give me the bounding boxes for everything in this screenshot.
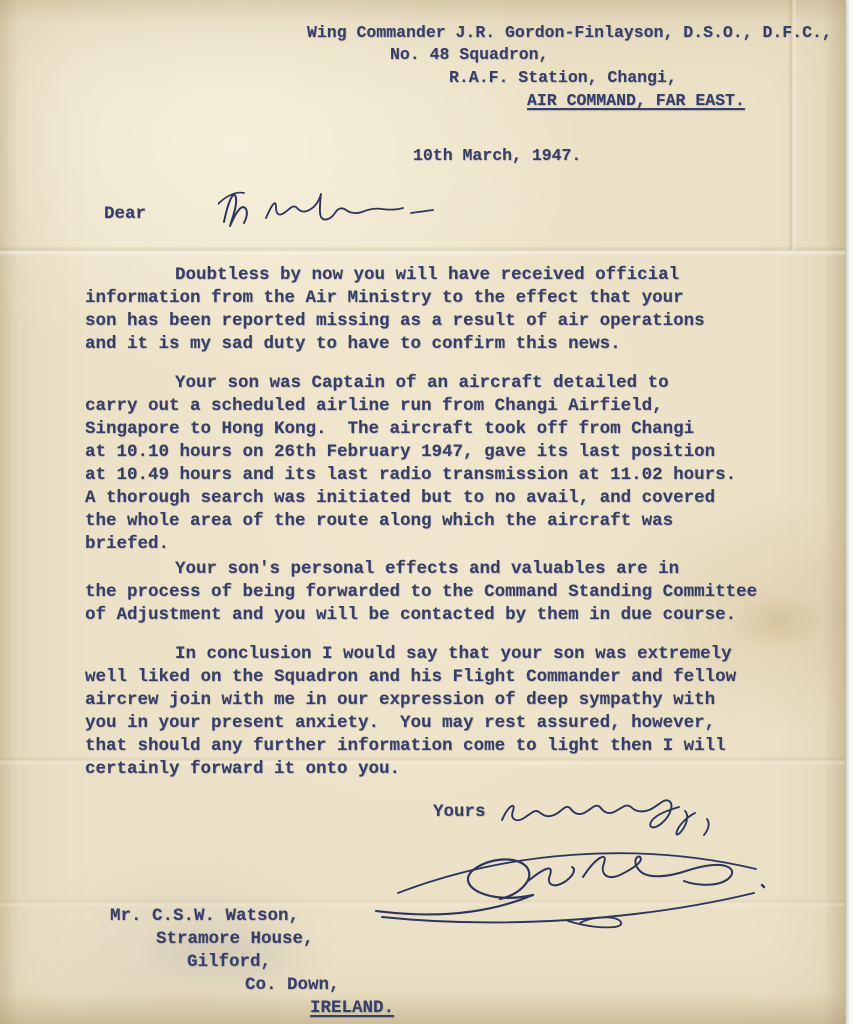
paragraph-2: Your son was Captain of an aircraft deta… — [85, 372, 736, 556]
text-line: well liked on the Squadron and his Fligh… — [85, 666, 736, 689]
sender-line-command: AIR COMMAND, FAR EAST. — [527, 90, 745, 112]
salutation-handwriting — [218, 176, 436, 240]
text-line: Your son was Captain of an aircraft deta… — [85, 372, 736, 395]
text-line: at 10.10 hours on 26th February 1947, ga… — [85, 441, 736, 464]
text-line: at 10.49 hours and its last radio transm… — [85, 464, 736, 487]
text-line: Your son's personal effects and valuable… — [85, 558, 757, 581]
text-line: Singapore to Hong Kong. The aircraft too… — [85, 418, 736, 441]
text-line: certainly forward it onto you. — [85, 758, 736, 781]
salutation-typed: Dear — [104, 203, 146, 226]
paragraph-4: In conclusion I would say that your son … — [85, 643, 736, 781]
text-line: that should any further information come… — [85, 735, 736, 758]
text-line: briefed. — [85, 533, 736, 556]
text-line: you in your present anxiety. You may res… — [85, 712, 736, 735]
text-line: the process of being forwarded to the Co… — [85, 581, 757, 604]
recipient-line: Co. Down, — [245, 974, 340, 997]
text-line: A thorough search was initiated but to n… — [85, 487, 736, 510]
text-line: information from the Air Ministry to the… — [85, 287, 705, 310]
text-line: aircrew join with me in our expression o… — [85, 689, 736, 712]
recipient-line: Mr. C.S.W. Watson, — [110, 905, 299, 928]
paragraph-3: Your son's personal effects and valuable… — [85, 558, 757, 627]
signature-scrawl — [368, 833, 768, 933]
text-line: carry out a scheduled airline run from C… — [85, 395, 736, 418]
letter-date: 10th March, 1947. — [413, 145, 581, 167]
recipient-line: Gilford, — [187, 951, 271, 974]
text-line: and it is my sad duty to have to confirm… — [85, 333, 705, 356]
text-line: son has been reported missing as a resul… — [85, 310, 705, 333]
text-line: In conclusion I would say that your son … — [85, 643, 736, 666]
text-line: Doubtless by now you will have received … — [85, 264, 705, 287]
paragraph-1: Doubtless by now you will have received … — [85, 264, 705, 356]
sender-line: R.A.F. Station, Changi, — [449, 67, 677, 89]
paper-crease-horizontal — [0, 246, 845, 256]
scanned-letter: Wing Commander J.R. Gordon-Finlayson, D.… — [0, 0, 853, 1024]
text-line: the whole area of the route along which … — [85, 510, 736, 533]
text-line: of Adjustment and you will be contacted … — [85, 604, 757, 627]
letter-paper: Wing Commander J.R. Gordon-Finlayson, D.… — [0, 0, 846, 1024]
recipient-line: Stramore House, — [156, 928, 314, 951]
closing-typed: Yours — [433, 801, 486, 824]
recipient-line-country: IRELAND. — [310, 997, 394, 1020]
sender-line: Wing Commander J.R. Gordon-Finlayson, D.… — [307, 22, 832, 44]
sender-line: No. 48 Squadron, — [390, 44, 548, 66]
